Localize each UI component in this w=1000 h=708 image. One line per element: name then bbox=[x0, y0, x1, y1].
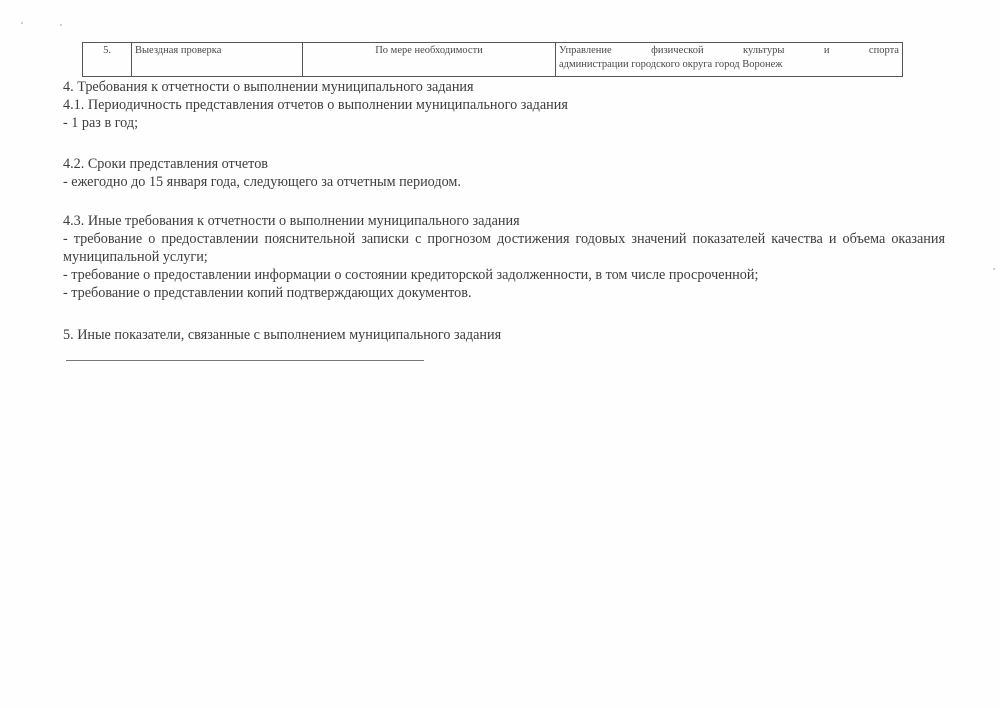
section-4-3: 4.3. Иные требования к отчетности о выпо… bbox=[63, 212, 945, 302]
section-4-2-value: - ежегодно до 15 января года, следующего… bbox=[63, 173, 461, 191]
section-4-2-title: 4.2. Сроки представления отчетов bbox=[63, 155, 461, 173]
scan-speck bbox=[993, 268, 995, 270]
control-form-cell: Выездная проверка bbox=[132, 43, 303, 77]
scan-speck bbox=[60, 24, 62, 26]
section-4-2: 4.2. Сроки представления отчетов - ежего… bbox=[63, 155, 461, 191]
section-4-3-item: - требование о предоставлении информации… bbox=[63, 266, 945, 284]
section-4-1-title: 4.1. Периодичность представления отчетов… bbox=[63, 96, 568, 114]
document-page: 5. Выездная проверка По мере необходимос… bbox=[0, 0, 1000, 708]
section-4-1-value: - 1 раз в год; bbox=[63, 114, 568, 132]
row-number: 5. bbox=[83, 43, 132, 77]
authority-cell: Управление физической культуры и спорта … bbox=[556, 43, 903, 77]
authority-word: Управление bbox=[559, 44, 612, 58]
section-4-3-title: 4.3. Иные требования к отчетности о выпо… bbox=[63, 212, 945, 230]
section-4-3-item: - требование о представлении копий подтв… bbox=[63, 284, 945, 302]
table-row: 5. Выездная проверка По мере необходимос… bbox=[83, 43, 903, 77]
authority-line-1: Управление физической культуры и спорта bbox=[559, 44, 899, 58]
frequency-cell: По мере необходимости bbox=[303, 43, 556, 77]
section-5: 5. Иные показатели, связанные с выполнен… bbox=[63, 326, 501, 344]
control-table: 5. Выездная проверка По мере необходимос… bbox=[82, 42, 903, 77]
section-4-heading: 4. Требования к отчетности о выполнении … bbox=[63, 78, 568, 96]
authority-line-2: администрации городского округа город Во… bbox=[559, 58, 899, 72]
authority-word: физической bbox=[651, 44, 704, 58]
section-4-3-item: - требование о предоставлении пояснитель… bbox=[63, 230, 945, 266]
scan-speck bbox=[21, 22, 23, 24]
authority-word: культуры bbox=[743, 44, 784, 58]
section-5-heading: 5. Иные показатели, связанные с выполнен… bbox=[63, 326, 501, 344]
section-4: 4. Требования к отчетности о выполнении … bbox=[63, 78, 568, 132]
authority-word: и bbox=[824, 44, 830, 58]
section-5-blank-line bbox=[66, 360, 424, 361]
authority-word: спорта bbox=[869, 44, 899, 58]
